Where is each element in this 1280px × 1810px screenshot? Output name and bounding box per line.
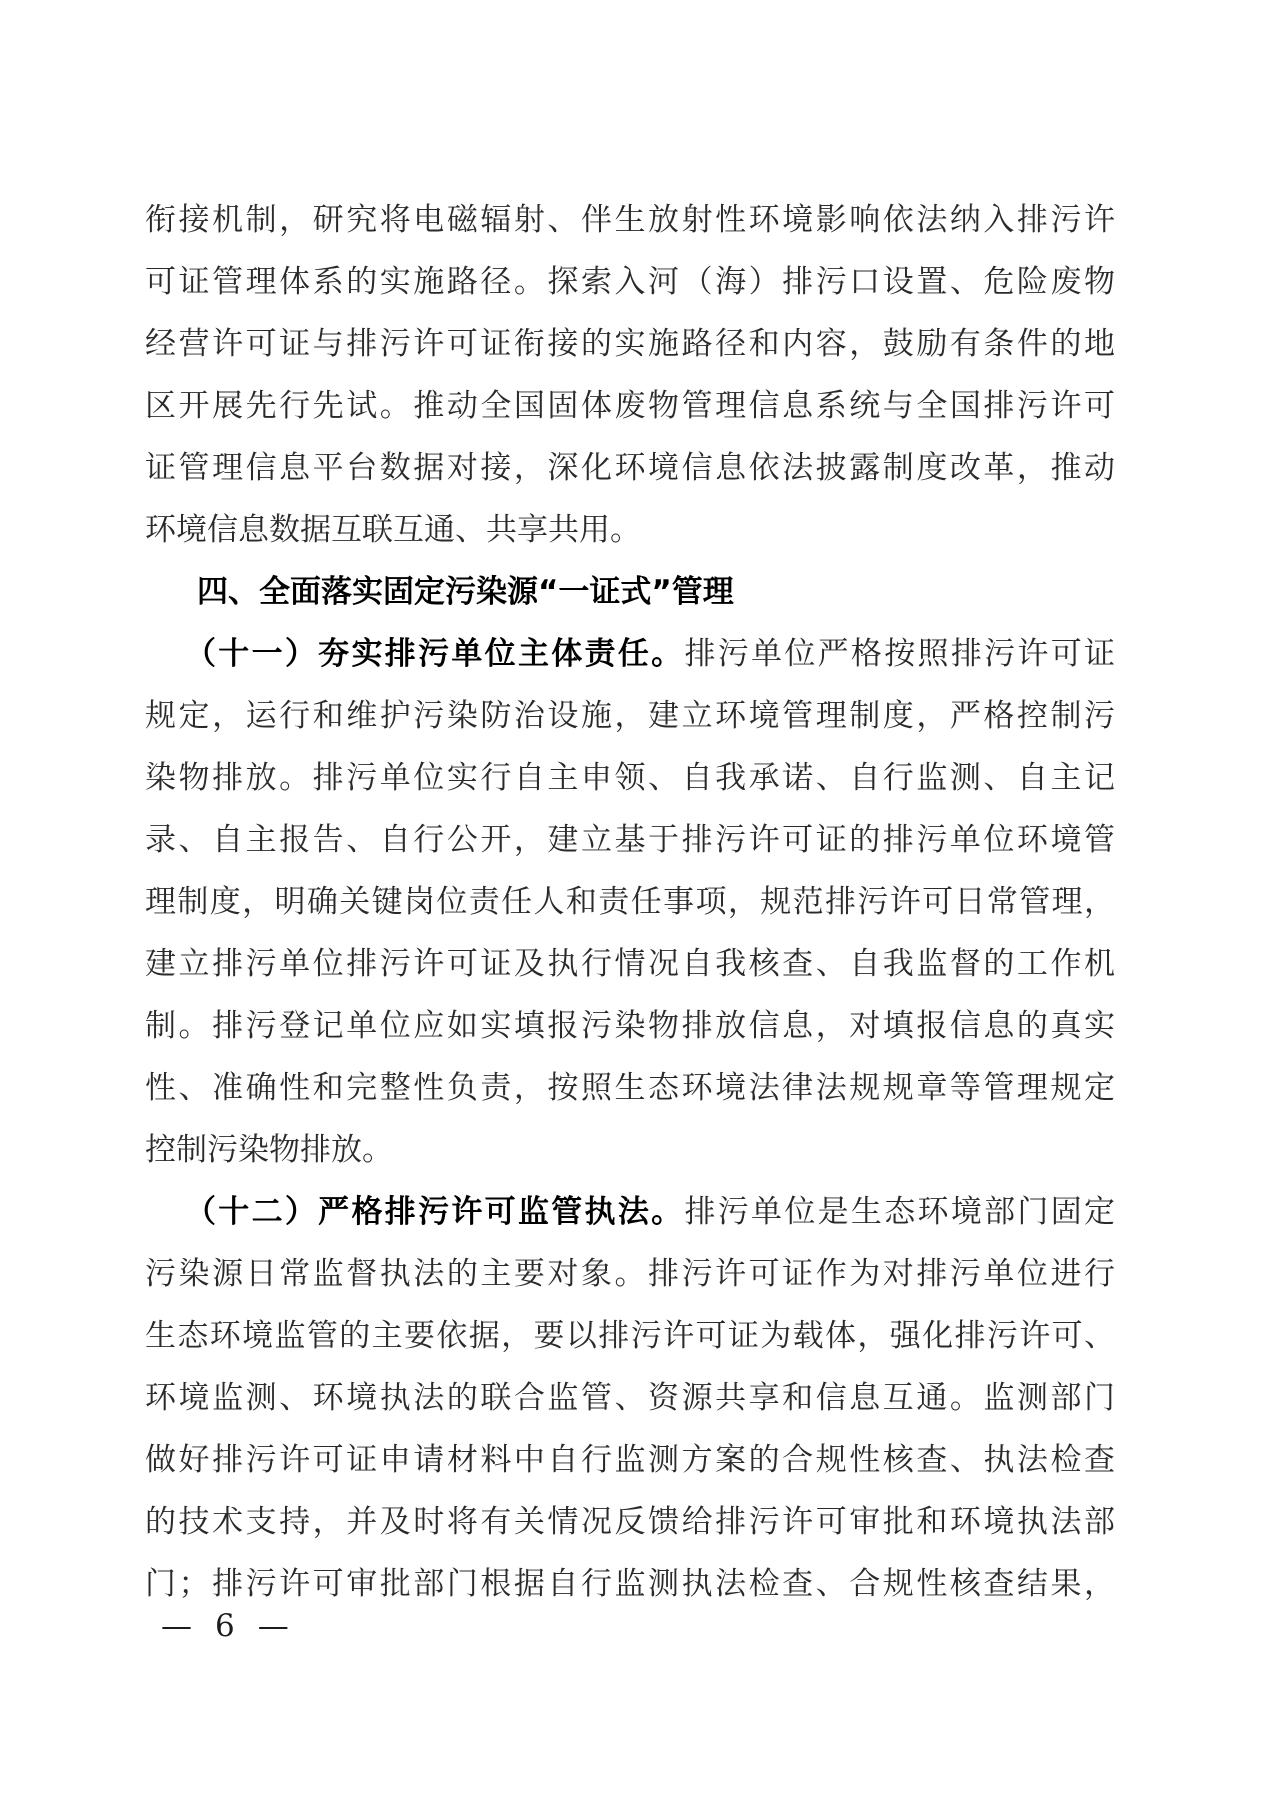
body-line: 经营许可证与排污许可证衔接的实施路径和内容，鼓励有条件的地 [145, 313, 1115, 375]
body-line: 衔接机制，研究将电磁辐射、伴生放射性环境影响依法纳入排污许 [145, 189, 1115, 251]
body-line: 染物排放。排污单位实行自主申领、自我承诺、自行监测、自主记 [145, 747, 1115, 809]
body-line: 建立排污单位排污许可证及执行情况自我核查、自我监督的工作机 [145, 933, 1115, 995]
body-line: 规定，运行和维护污染防治设施，建立环境管理制度，严格控制污 [145, 685, 1115, 747]
paragraph-12-lead-rest: 排污单位是生态环境部门固定 [684, 1194, 1115, 1230]
paragraph-11-first-line: （十一）夯实排污单位主体责任。排污单位严格按照排污许可证 [145, 623, 1115, 685]
body-line: 制。排污登记单位应如实填报污染物排放信息，对填报信息的真实 [145, 995, 1115, 1057]
paragraph-12-lead: （十二）严格排污许可监管执法。 [185, 1194, 684, 1230]
body-line: 证管理信息平台数据对接，深化环境信息依法披露制度改革，推动 [145, 437, 1115, 499]
document-page: 衔接机制，研究将电磁辐射、伴生放射性环境影响依法纳入排污许 可证管理体系的实施路… [0, 0, 1280, 1810]
footer-right-dash: — [258, 1604, 289, 1648]
body-line: 性、准确性和完整性负责，按照生态环境法律法规规章等管理规定 [145, 1057, 1115, 1119]
body-line: 环境信息数据互联互通、共享共用。 [145, 499, 1115, 561]
body-line: 控制污染物排放。 [145, 1119, 1115, 1181]
paragraph-11-lead: （十一）夯实排污单位主体责任。 [185, 636, 684, 672]
paragraph-11-lead-rest: 排污单位严格按照排污许可证 [684, 636, 1115, 672]
body-line: 录、自主报告、自行公开，建立基于排污许可证的排污单位环境管 [145, 809, 1115, 871]
paragraph-12-first-line: （十二）严格排污许可监管执法。排污单位是生态环境部门固定 [145, 1181, 1115, 1243]
body-line: 污染源日常监督执法的主要对象。排污许可证作为对排污单位进行 [145, 1243, 1115, 1305]
body-line: 理制度，明确关键岗位责任人和责任事项，规范排污许可日常管理， [145, 871, 1115, 933]
section-heading: 四、全面落实固定污染源“一证式”管理 [145, 561, 1115, 623]
document-body: 衔接机制，研究将电磁辐射、伴生放射性环境影响依法纳入排污许 可证管理体系的实施路… [145, 189, 1115, 1615]
page-footer: — 6 — [161, 1604, 289, 1648]
page-number: 6 [215, 1604, 235, 1648]
footer-left-dash: — [161, 1604, 192, 1648]
body-line: 可证管理体系的实施路径。探索入河（海）排污口设置、危险废物 [145, 251, 1115, 313]
body-line: 环境监测、环境执法的联合监管、资源共享和信息互通。监测部门 [145, 1367, 1115, 1429]
body-line: 区开展先行先试。推动全国固体废物管理信息系统与全国排污许可 [145, 375, 1115, 437]
body-line: 做好排污许可证申请材料中自行监测方案的合规性核查、执法检查 [145, 1429, 1115, 1491]
body-line: 生态环境监管的主要依据，要以排污许可证为载体，强化排污许可、 [145, 1305, 1115, 1367]
body-line: 的技术支持，并及时将有关情况反馈给排污许可审批和环境执法部 [145, 1491, 1115, 1553]
body-line: 门；排污许可审批部门根据自行监测执法检查、合规性核查结果， [145, 1553, 1115, 1615]
